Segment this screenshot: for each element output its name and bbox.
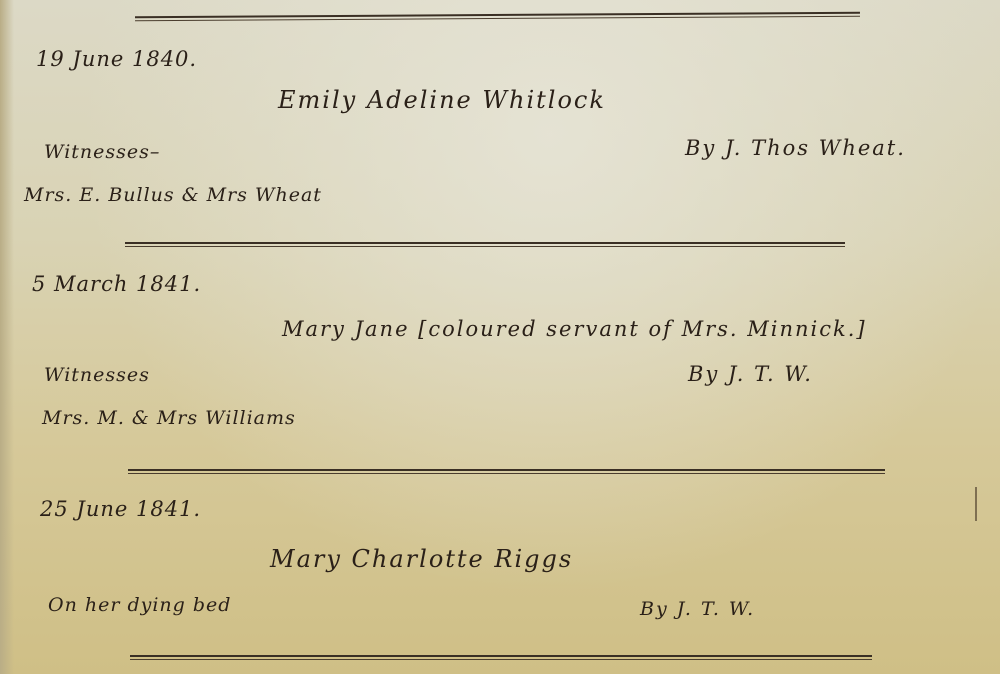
witnesses-names: Mrs. E. Bullus & Mrs Wheat bbox=[24, 184, 322, 206]
officiant: By J. T. W. bbox=[640, 598, 755, 620]
witnesses-names: Mrs. M. & Mrs Williams bbox=[42, 407, 296, 429]
entry-name: Emily Adeline Whitlock bbox=[278, 86, 606, 114]
divider-rule bbox=[125, 242, 845, 247]
entry-date: 19 June 1840. bbox=[36, 47, 197, 71]
divider-rule bbox=[128, 469, 885, 474]
officiant: By J. Thos Wheat. bbox=[685, 136, 906, 160]
page-binding-edge bbox=[0, 0, 14, 674]
ink-mark bbox=[975, 487, 977, 521]
entry-date: 5 March 1841. bbox=[32, 272, 201, 296]
officiant: By J. T. W. bbox=[688, 362, 813, 386]
divider-rule-bottom bbox=[130, 655, 872, 660]
entry-name: Mary Charlotte Riggs bbox=[270, 545, 573, 573]
entry-note: On her dying bed bbox=[48, 594, 231, 616]
witnesses-label: Witnesses bbox=[44, 364, 150, 386]
entry-date: 25 June 1841. bbox=[40, 497, 201, 521]
entry-name: Mary Jane [coloured servant of Mrs. Minn… bbox=[282, 317, 867, 341]
divider-rule-top bbox=[135, 12, 860, 21]
witnesses-label: Witnesses– bbox=[44, 141, 160, 163]
